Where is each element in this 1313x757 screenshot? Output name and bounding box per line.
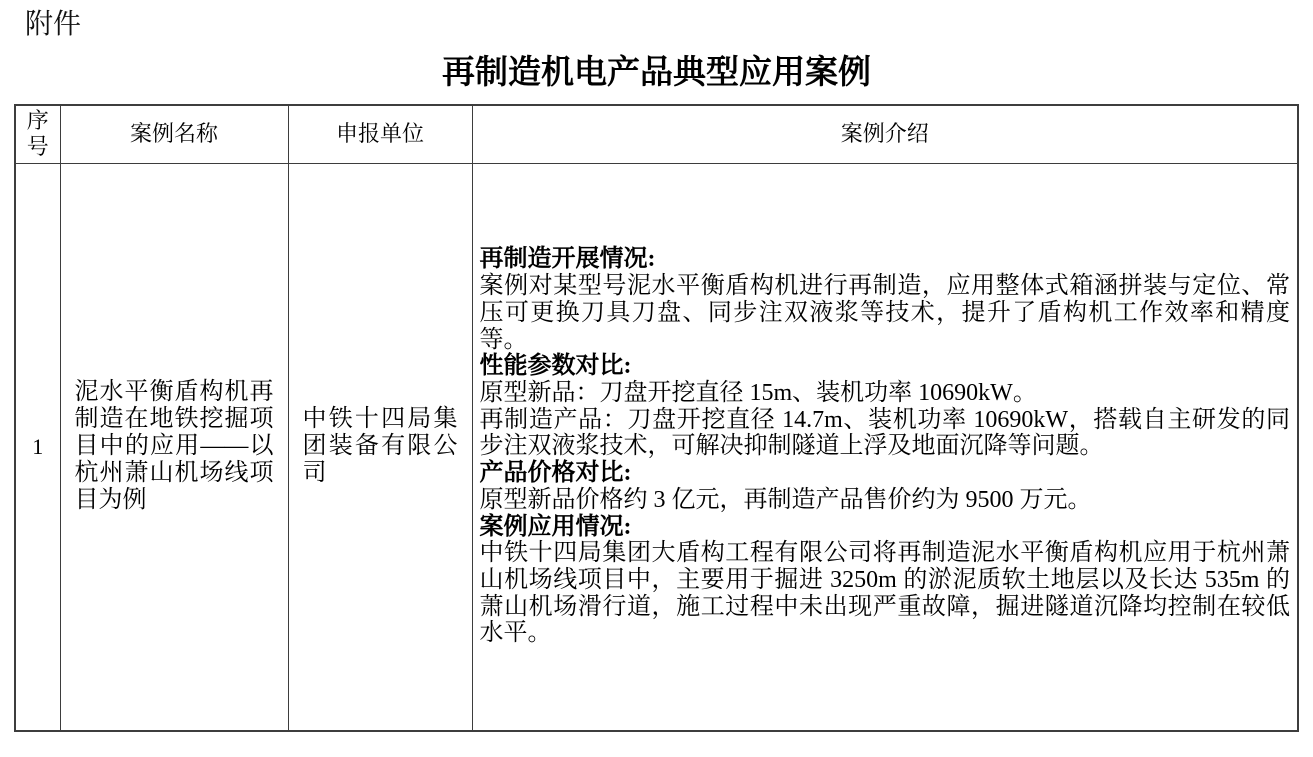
intro-paragraph: 再制造产品：刀盘开挖直径 14.7m、装机功率 10690kW，搭载自主研发的同…	[480, 407, 1291, 460]
intro-heading-application: 案例应用情况:	[480, 514, 1291, 541]
column-header-applicant: 申报单位	[288, 105, 472, 163]
column-header-index: 序号	[15, 105, 60, 163]
intro-paragraph: 原型新品价格约 3 亿元，再制造产品售价约为 9500 万元。	[480, 487, 1291, 514]
intro-section-application: 案例应用情况: 中铁十四局集团大盾构工程有限公司将再制造泥水平衡盾构机应用于杭州…	[480, 514, 1291, 648]
intro-paragraph: 原型新品：刀盘开挖直径 15m、装机功率 10690kW。	[480, 380, 1291, 407]
attachment-label: 附件	[25, 8, 81, 40]
document-page: 附件 再制造机电产品典型应用案例 序号 案例名称 申报单位 案例介绍 1 泥水平…	[0, 0, 1313, 757]
intro-heading-development: 再制造开展情况:	[480, 246, 1291, 273]
intro-section-performance: 性能参数对比: 原型新品：刀盘开挖直径 15m、装机功率 10690kW。 再制…	[480, 353, 1291, 460]
intro-paragraph: 中铁十四局集团大盾构工程有限公司将再制造泥水平衡盾构机应用于杭州萧山机场线项目中…	[480, 540, 1291, 647]
table-row: 1 泥水平衡盾构机再制造在地铁挖掘项目中的应用——以杭州萧山机场线项目为例 中铁…	[15, 163, 1298, 731]
cell-serial-number: 1	[15, 163, 60, 731]
intro-section-price: 产品价格对比: 原型新品价格约 3 亿元，再制造产品售价约为 9500 万元。	[480, 460, 1291, 513]
column-header-introduction: 案例介绍	[472, 105, 1298, 163]
cell-applicant: 中铁十四局集团装备有限公司	[288, 163, 472, 731]
cell-case-name: 泥水平衡盾构机再制造在地铁挖掘项目中的应用——以杭州萧山机场线项目为例	[60, 163, 288, 731]
table-header-row: 序号 案例名称 申报单位 案例介绍	[15, 105, 1298, 163]
intro-section-development: 再制造开展情况: 案例对某型号泥水平衡盾构机进行再制造，应用整体式箱涵拼装与定位…	[480, 246, 1291, 353]
intro-heading-performance: 性能参数对比:	[480, 353, 1291, 380]
intro-heading-price: 产品价格对比:	[480, 460, 1291, 487]
cell-case-introduction: 再制造开展情况: 案例对某型号泥水平衡盾构机进行再制造，应用整体式箱涵拼装与定位…	[472, 163, 1298, 731]
page-title: 再制造机电产品典型应用案例	[0, 54, 1313, 92]
intro-paragraph: 案例对某型号泥水平衡盾构机进行再制造，应用整体式箱涵拼装与定位、常压可更换刀具刀…	[480, 273, 1291, 353]
cases-table: 序号 案例名称 申报单位 案例介绍 1 泥水平衡盾构机再制造在地铁挖掘项目中的应…	[14, 104, 1299, 732]
column-header-case-name: 案例名称	[60, 105, 288, 163]
